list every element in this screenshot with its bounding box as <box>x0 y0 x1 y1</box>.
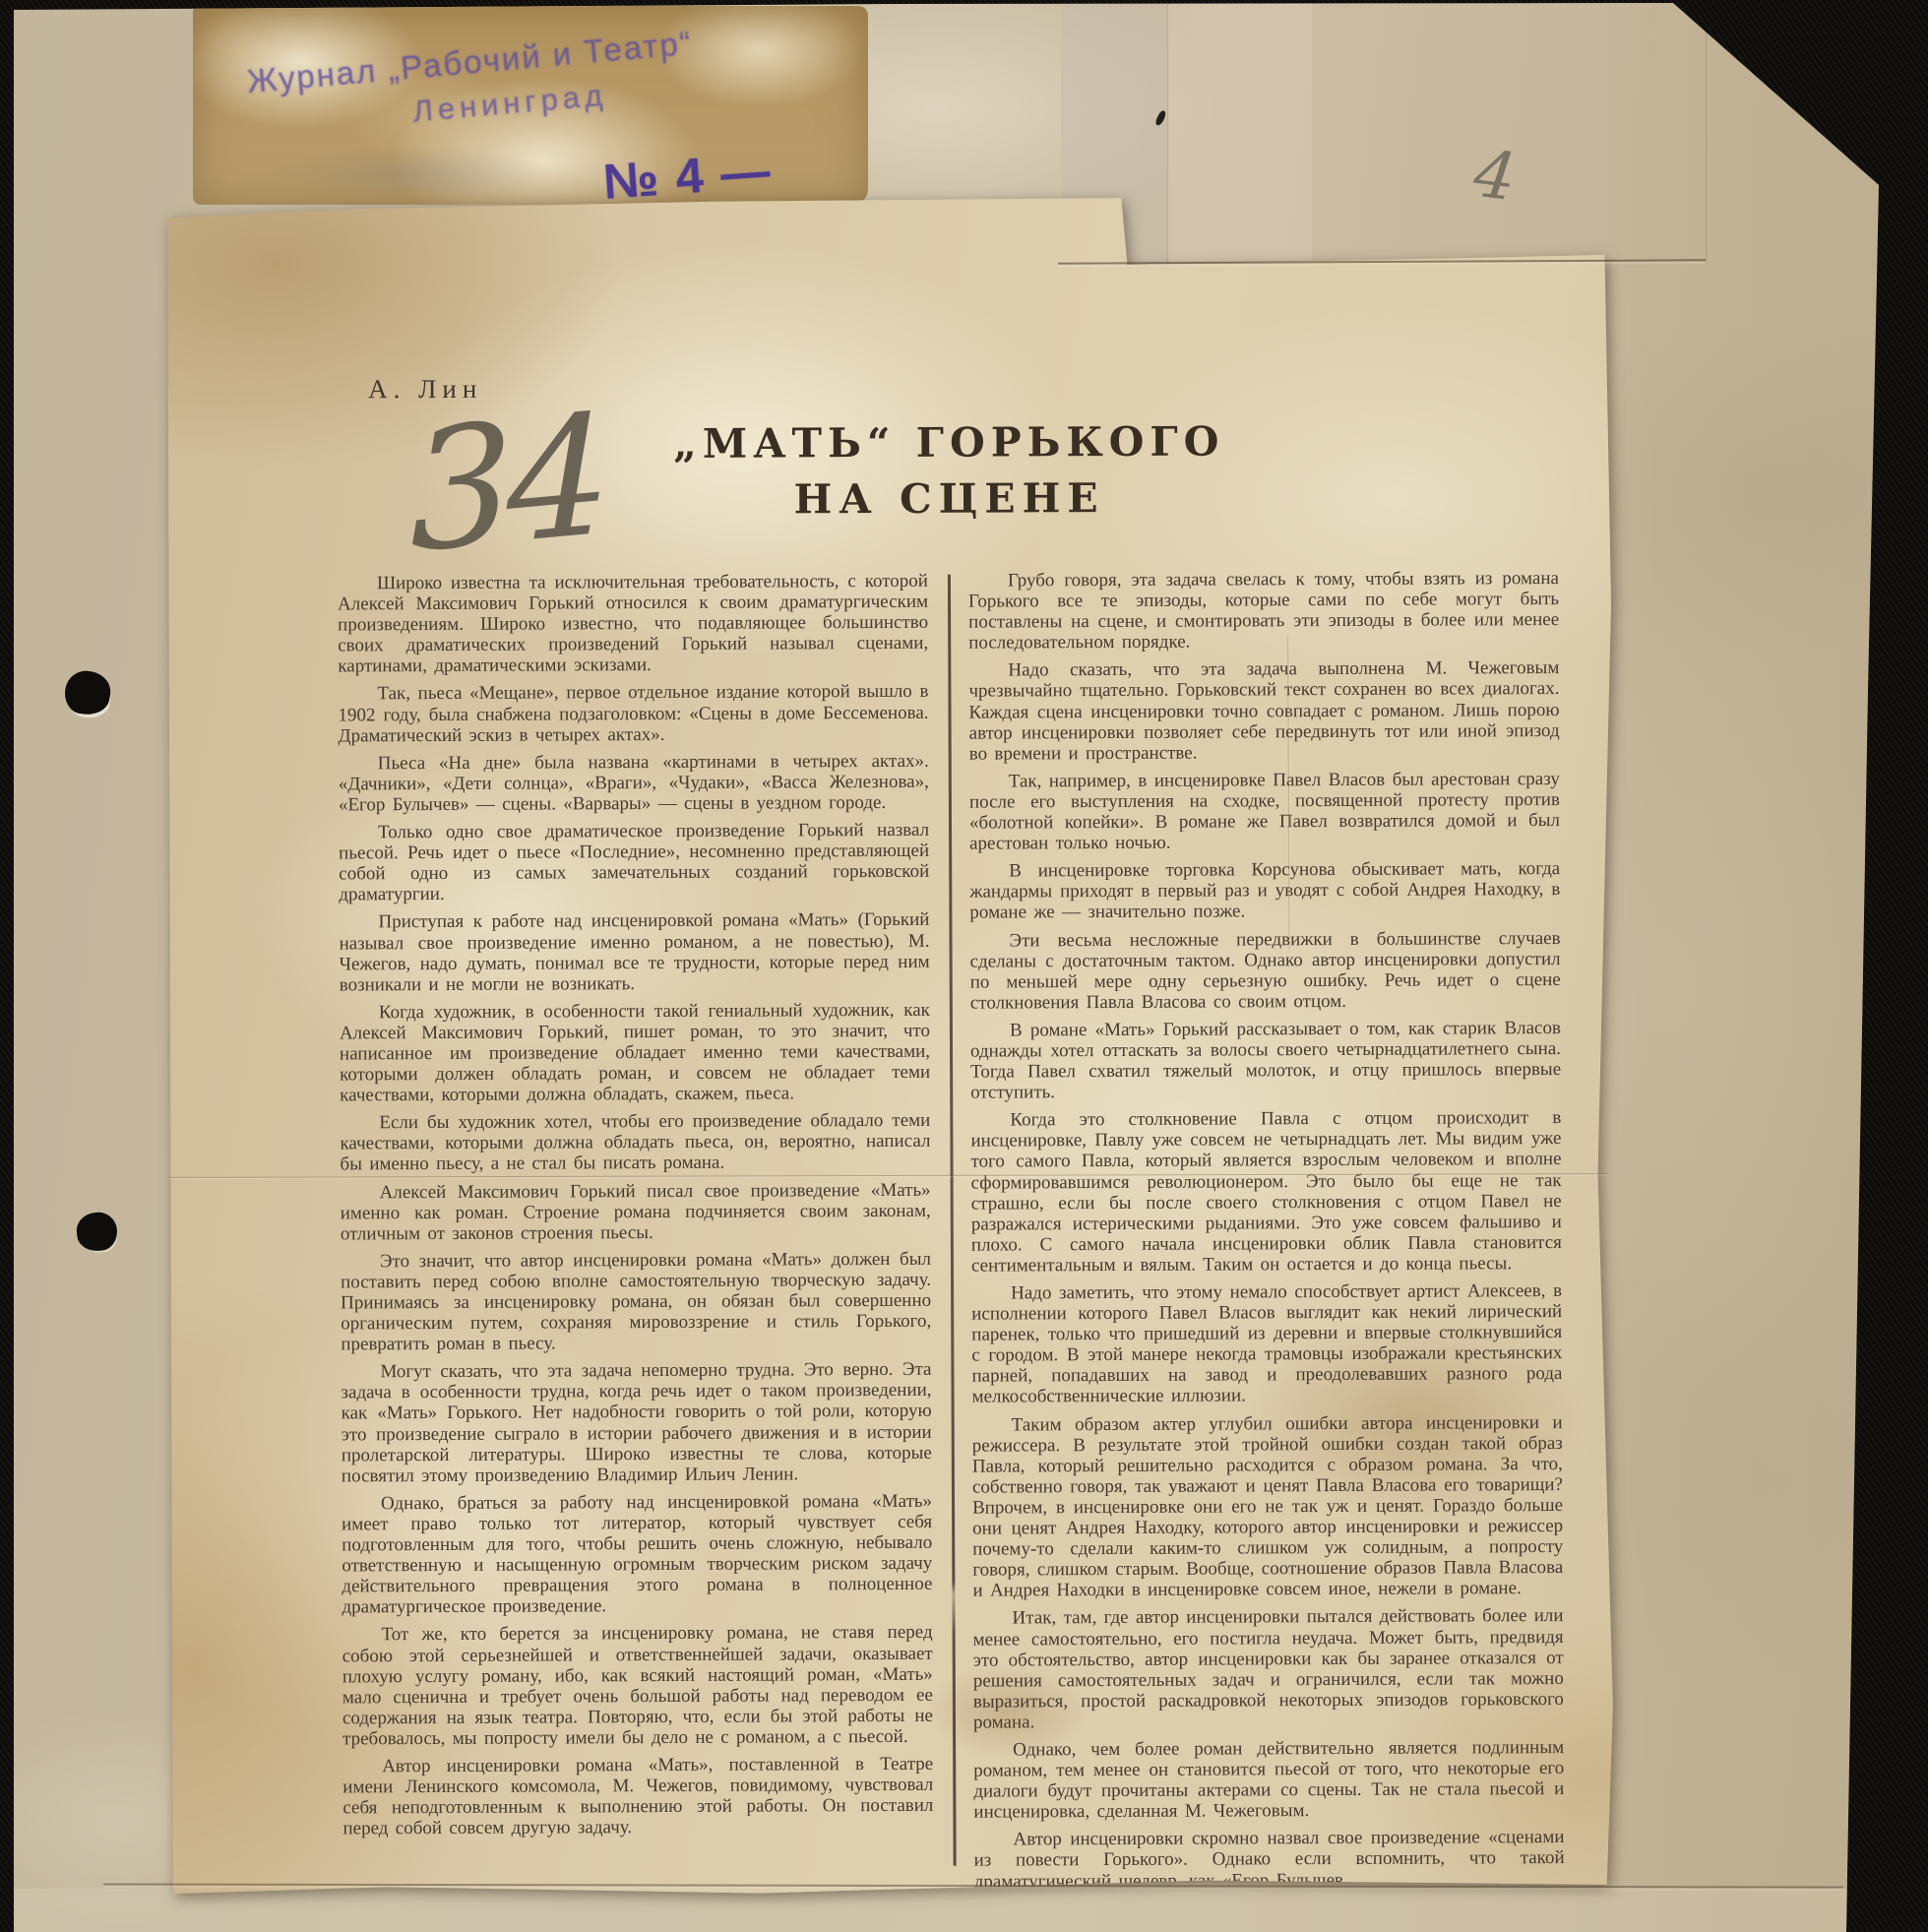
paragraph: Пьеса «На дне» была названа «картинами в… <box>339 751 929 816</box>
article-body: Широко известна та исключительная требов… <box>338 568 1569 1901</box>
paragraph: Алексей Максимович Горький писал свое пр… <box>341 1179 931 1244</box>
stamp-smudge <box>258 146 563 203</box>
right-column: Грубо говоря, эта задача свелась к тому,… <box>968 568 1565 1899</box>
paragraph: Если бы художник хотел, чтобы его произв… <box>340 1110 930 1175</box>
paragraph: Приступая к работе над инсценировкой ром… <box>339 909 929 995</box>
paragraph: Надо сказать, что эта задача выполнена М… <box>968 657 1559 764</box>
vertical-fold-line <box>1706 0 1707 264</box>
column-divider-rule <box>948 575 957 1866</box>
paragraph: Итак, там, где автор инсценировки пыталс… <box>972 1605 1564 1732</box>
stamp-issue-number: № 4 — <box>601 142 774 211</box>
paragraph: Однако, чем более роман действительно яв… <box>973 1737 1564 1823</box>
left-column: Широко известна та исключительная требов… <box>338 571 934 1846</box>
paragraph: Когда это столкновение Павла с отцом про… <box>970 1107 1562 1276</box>
paragraph: Так, пьеса «Мещане», первое отдельное из… <box>338 681 928 746</box>
paragraph: В инсценировке торговка Корсунова обыски… <box>969 858 1560 923</box>
paragraph: Грубо говоря, эта задача свелась к тому,… <box>968 568 1559 654</box>
paragraph: Автор инсценировки скромно назвал свое п… <box>973 1827 1564 1892</box>
paragraph: Это значит, что автор инсценировки роман… <box>341 1249 931 1355</box>
pencil-mark-catalog-number: 34 <box>407 378 605 590</box>
paragraph: Так, например, в инсценировке Павел Влас… <box>969 769 1560 854</box>
paragraph: Однако, браться за работу над инсцениров… <box>342 1491 933 1618</box>
scanned-document-page: А. Лин „МАТЬ“ ГОРЬКОГО НА СЦЕНЕ 34 Широк… <box>0 0 1928 1932</box>
paragraph: Автор инсценировки романа «Мать», постав… <box>342 1754 933 1839</box>
paragraph: Только одно свое драматическое произведе… <box>339 820 929 905</box>
paragraph: Когда художник, в особенности такой гени… <box>340 1000 930 1106</box>
news-clipping-shadow: А. Лин „МАТЬ“ ГОРЬКОГО НА СЦЕНЕ 34 Широк… <box>165 193 1614 1900</box>
news-clipping: А. Лин „МАТЬ“ ГОРЬКОГО НА СЦЕНЕ 34 Широк… <box>161 190 1618 1902</box>
paragraph: Эти весьма несложные передвижки в больши… <box>969 928 1560 1014</box>
paragraph: Таким образом актер углубил ошибки автор… <box>972 1412 1564 1601</box>
paragraph: Тот же, кто берется за инсценировку рома… <box>342 1622 934 1749</box>
paragraph: В романе «Мать» Горький рассказывает о т… <box>970 1018 1561 1103</box>
paragraph: Могут сказать, что эта задача непомерно … <box>341 1359 932 1486</box>
paragraph: Надо заметить, что этому немало способст… <box>971 1280 1563 1407</box>
